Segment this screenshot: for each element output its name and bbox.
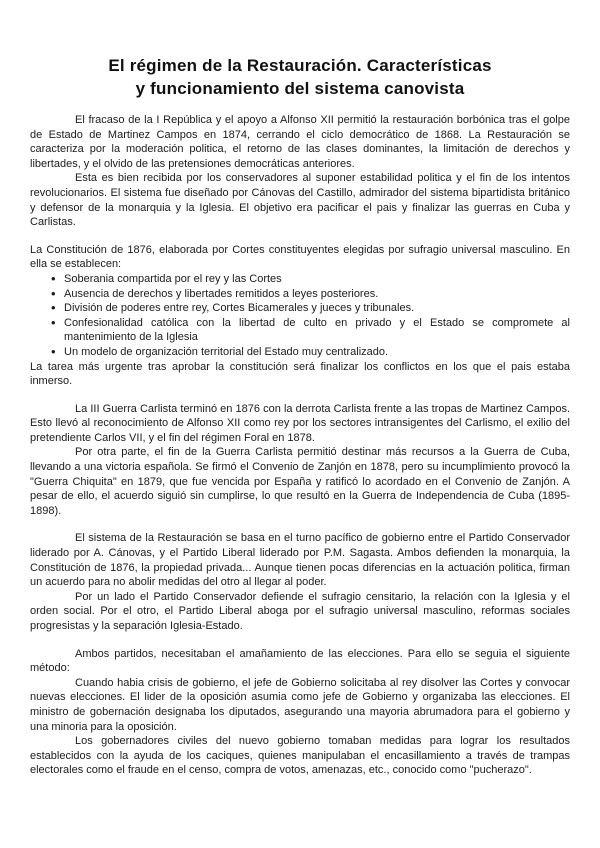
list-item-modelo-centralizado: Un modelo de organización territorial de… — [50, 345, 570, 360]
paragraph-constitution-outro: La tarea más urgente tras aprobar la con… — [30, 360, 570, 389]
paragraph-turno-pacifico: El sistema de la Restauración se basa en… — [30, 531, 570, 589]
paragraph-election-method: Cuando habia crisis de gobierno, el jefe… — [30, 676, 570, 734]
document-title-line-1: El régimen de la Restauración. Caracterí… — [30, 54, 570, 77]
document-title-line-2: y funcionamiento del sistema canovista — [30, 77, 570, 100]
constitution-principles-list: Soberania compartida por el rey y las Co… — [30, 272, 570, 360]
paragraph-carlist-war: La III Guerra Carlista terminó en 1876 c… — [30, 402, 570, 446]
list-item-confesionalidad: Confesionalidad católica con la libertad… — [50, 316, 570, 345]
paragraph-party-differences: Por un lado el Partido Conservador defie… — [30, 590, 570, 634]
paragraph-restoration-origin: El fracaso de la I República y el apoyo … — [30, 113, 570, 171]
paragraph-constitution-intro: La Constitución de 1876, elaborada por C… — [30, 243, 570, 272]
list-item-division-poderes: División de poderes entre rey, Cortes Bi… — [50, 301, 570, 316]
paragraph-canovas-design: Esta es bien recibida por los conservado… — [30, 171, 570, 229]
paragraph-election-rigging-intro: Ambos partidos, necesitaban el amañamien… — [30, 647, 570, 676]
paragraph-cuba-war: Por otra parte, el fin de la Guerra Carl… — [30, 445, 570, 518]
list-item-soberania: Soberania compartida por el rey y las Co… — [50, 272, 570, 287]
paragraph-caciques-pucherazo: Los gobernadores civiles del nuevo gobie… — [30, 734, 570, 778]
document-title: El régimen de la Restauración. Caracterí… — [30, 54, 570, 100]
list-item-ausencia-derechos: Ausencia de derechos y libertades remiti… — [50, 287, 570, 302]
document-page: El régimen de la Restauración. Caracterí… — [0, 0, 600, 848]
